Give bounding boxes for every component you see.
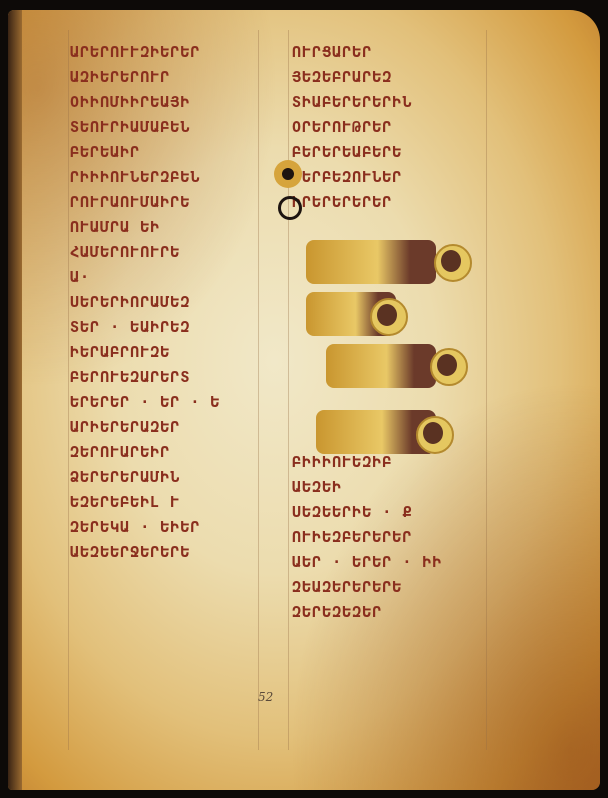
manuscript-page: ԱՐԵՐՈՒՒԶԻԵՐԵՐԱԶԻԵՐԵՐՈՒՐ ՕԻԻՈՄԻԻՐԵԱՅԻՏԵՈՒ…	[8, 10, 600, 790]
left-text-column: ԱՐԵՐՈՒՒԶԻԵՐԵՐԱԶԻԵՐԵՐՈՒՐ ՕԻԻՈՄԻԻՐԵԱՅԻՏԵՈՒ…	[70, 40, 258, 565]
binding-gutter	[8, 10, 22, 790]
ruling-line	[258, 30, 259, 750]
marginal-ornament	[268, 160, 308, 220]
ruling-line	[68, 30, 69, 750]
ruling-line	[288, 30, 289, 750]
ruling-line	[486, 30, 487, 750]
page-number: 52	[258, 690, 273, 704]
saint-figures-illumination	[306, 240, 476, 460]
